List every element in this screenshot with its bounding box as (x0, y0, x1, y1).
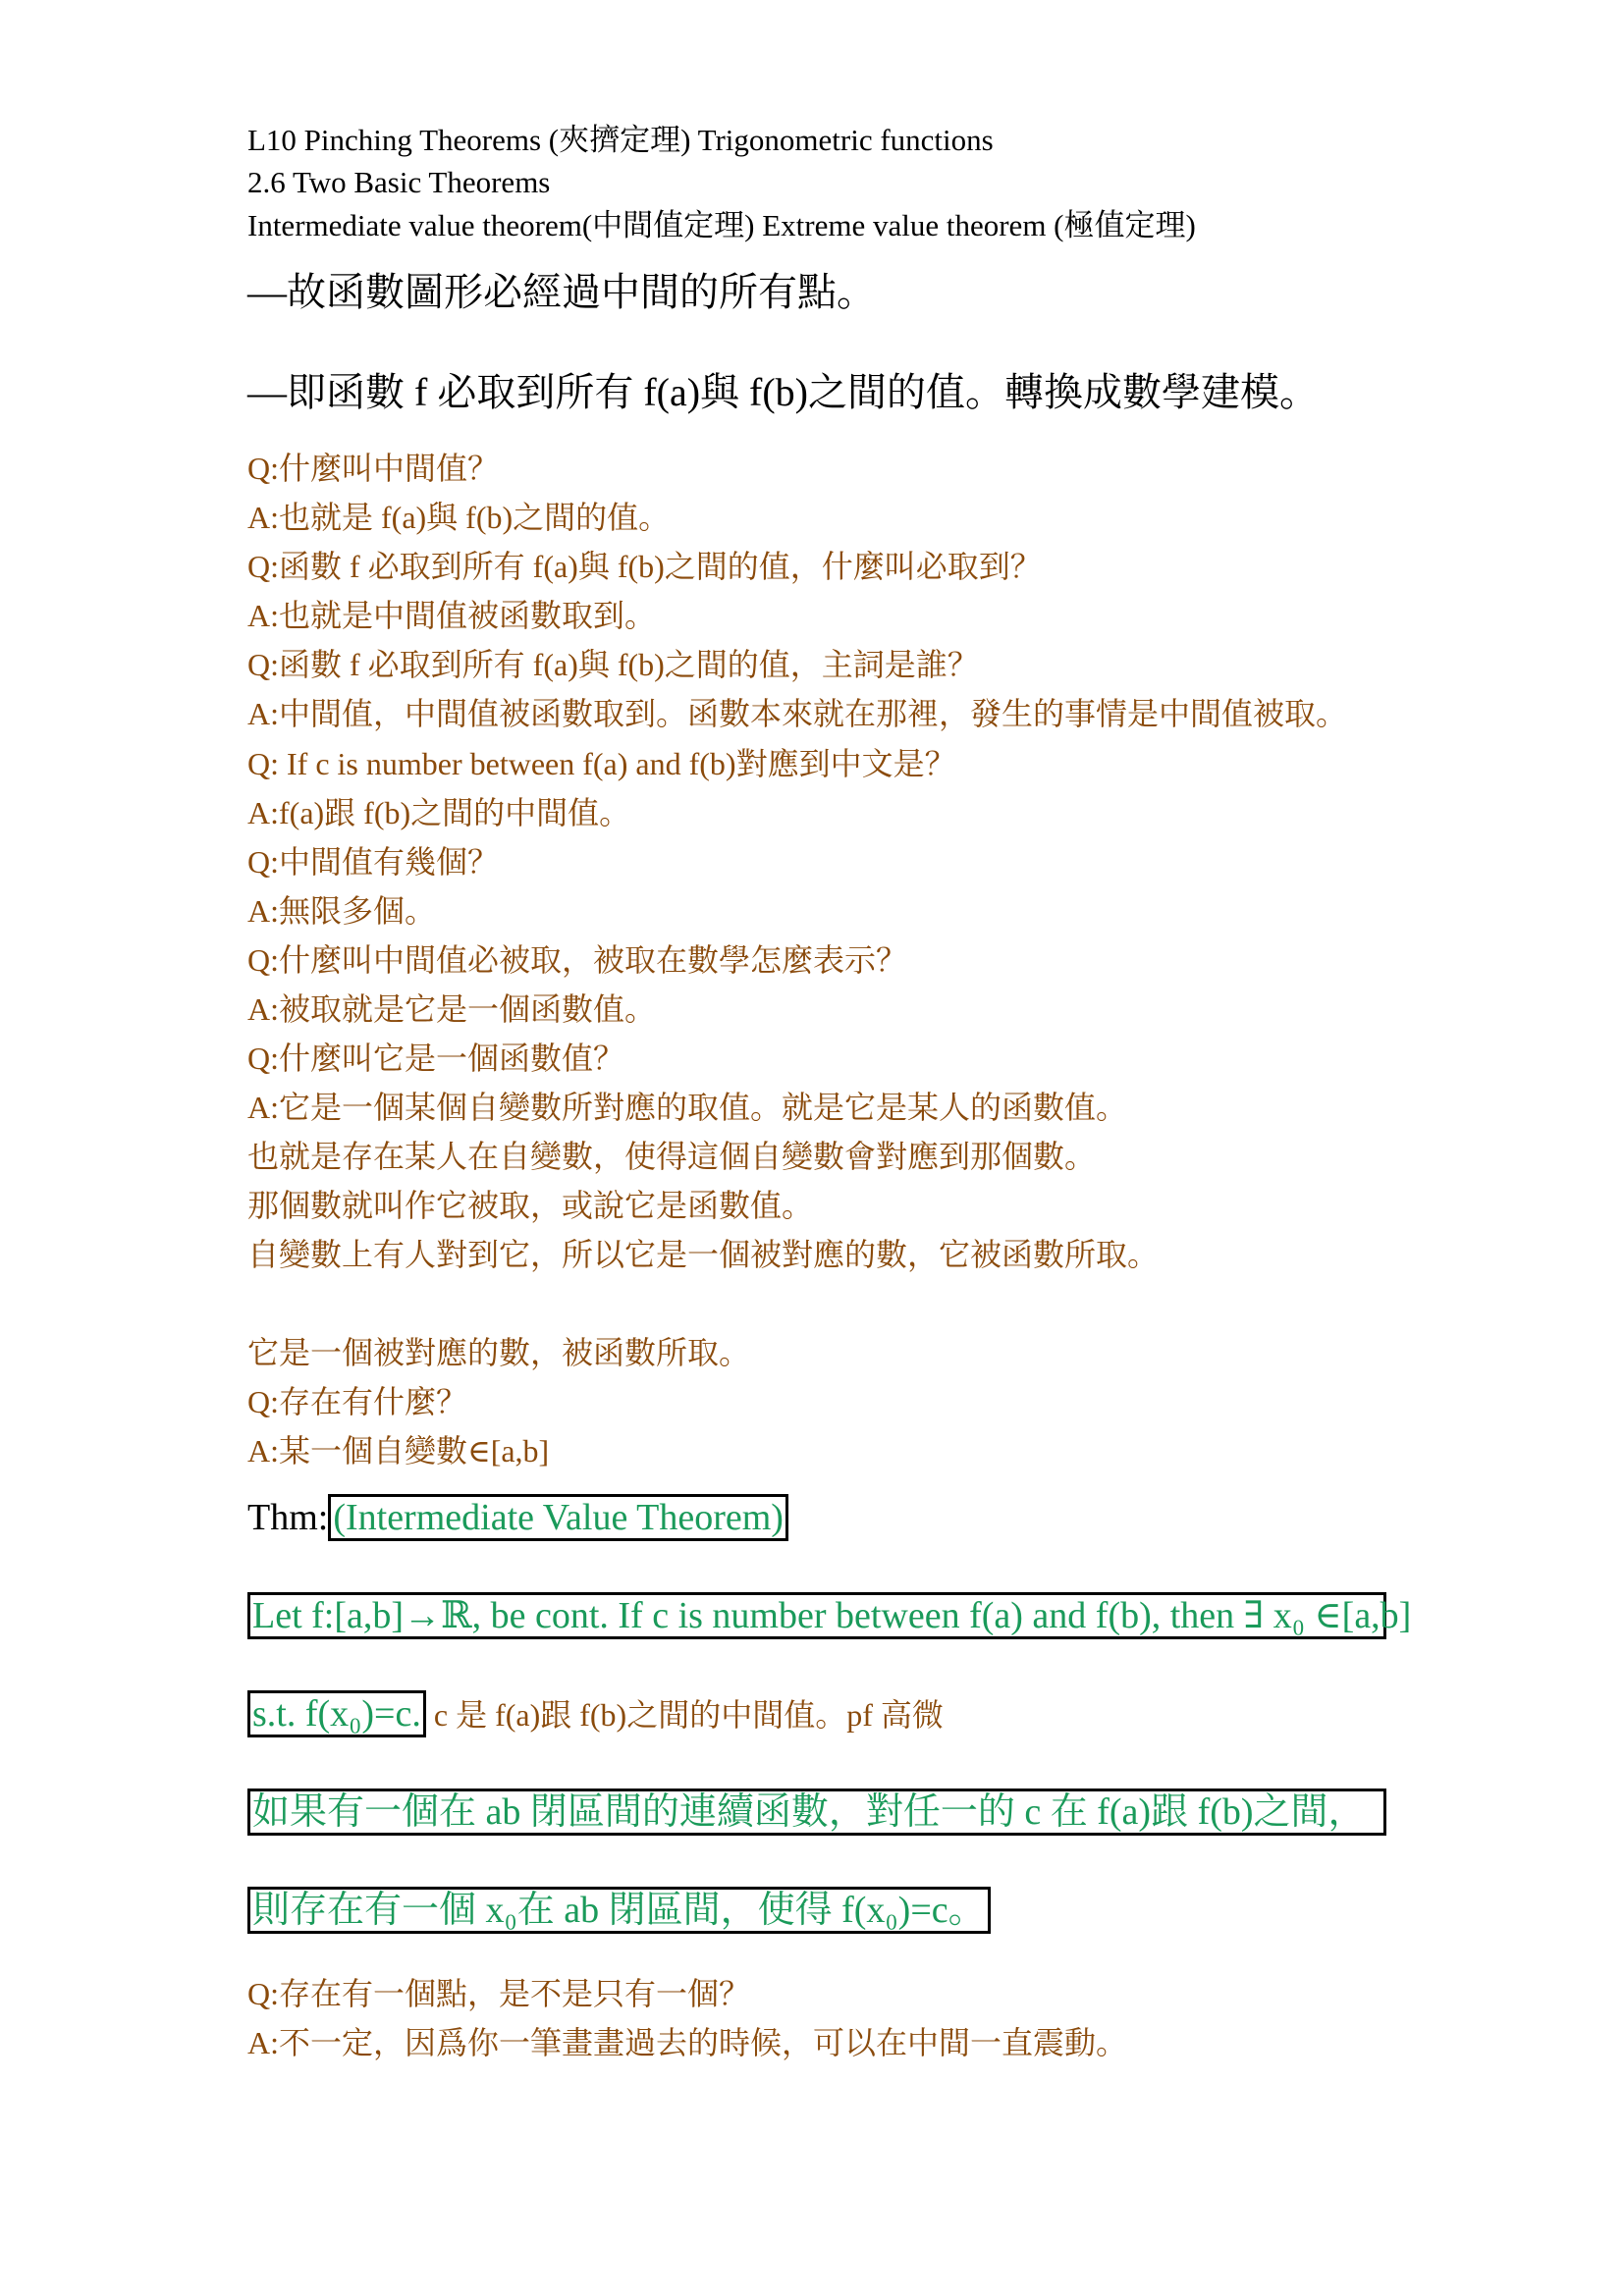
qa-line: Q:什麼叫它是一個函數值？ (247, 1042, 624, 1074)
qa-line: A:也就是中間值被函數取到。 (247, 600, 656, 631)
theorem-note: c 是 f(a)跟 f(b)之間的中間值。pf 高微 (426, 1697, 944, 1733)
qa-line: A:f(a)跟 f(b)之間的中間值。 (247, 797, 630, 828)
lecture-title: L10 Pinching Theorems (夾擠定理) Trigonometr… (247, 125, 994, 155)
theorem-names: Intermediate value theorem(中間值定理) Extrem… (247, 210, 1196, 240)
intro-line-1: —故函數圖形必經過中間的所有點。 (247, 273, 876, 312)
qa-line: A:被取就是它是一個函數值。 (247, 993, 656, 1025)
intro-line-2: —即函數 f 必取到所有 f(a)與 f(b)之間的值。轉換成數學建模。 (247, 373, 1319, 412)
qa-line: A:也就是 f(a)與 f(b)之間的值。 (247, 502, 670, 533)
qa-line: Q:什麼叫中間值？ (247, 453, 499, 484)
theorem-zh-2: 則存在有一個 x₀在 ab 閉區間，使得 f(x₀)=c。 (247, 1887, 991, 1934)
qa-line: Q:存在有一個點，是不是只有一個？ (247, 1978, 750, 2009)
qa-line: 它是一個被對應的數，被函數所取。 (247, 1337, 750, 1368)
theorem-heading: Thm:(Intermediate Value Theorem) (247, 1494, 788, 1541)
theorem-zh-2-box: 則存在有一個 x₀在 ab 閉區間，使得 f(x₀)=c。 (247, 1887, 991, 1934)
qa-line: Q:存在有什麼？ (247, 1386, 467, 1417)
qa-line: Q:函數 f 必取到所有 f(a)與 f(b)之間的值，主詞是誰？ (247, 649, 979, 680)
theorem-zh-1-box: 如果有一個在 ab 閉區間的連續函數，對任一的 c 在 f(a)跟 f(b)之間… (247, 1789, 1386, 1836)
qa-line: Q:函數 f 必取到所有 f(a)與 f(b)之間的值，什麼叫必取到？ (247, 551, 1042, 582)
theorem-statement: Let f:[a,b]→ℝ, be cont. If c is number b… (247, 1592, 1386, 1639)
qa-line: A:不一定，因爲你一筆畫畫過去的時候，可以在中間一直震動。 (247, 2027, 1127, 2058)
theorem-st-box: s.t. f(x₀)=c. (247, 1690, 426, 1737)
qa-line: Q:什麼叫中間值必被取，被取在數學怎麼表示？ (247, 944, 907, 976)
qa-line: A:它是一個某個自變數所對應的取值。就是它是某人的函數值。 (247, 1092, 1127, 1123)
qa-line: Q:中間值有幾個？ (247, 846, 499, 878)
theorem-zh-1: 如果有一個在 ab 閉區間的連續函數，對任一的 c 在 f(a)跟 f(b)之間… (247, 1789, 1386, 1836)
section-title: 2.6 Two Basic Theorems (247, 167, 550, 197)
theorem-conclusion: s.t. f(x₀)=c. c 是 f(a)跟 f(b)之間的中間值。pf 高微 (247, 1690, 944, 1737)
qa-line: 也就是存在某人在自變數，使得這個自變數會對應到那個數。 (247, 1141, 1096, 1172)
qa-line: 那個數就叫作它被取，或說它是函數值。 (247, 1190, 813, 1221)
theorem-title-box: (Intermediate Value Theorem) (328, 1494, 788, 1541)
theorem-prefix: Thm: (247, 1497, 328, 1538)
qa-line: 自變數上有人對到它，所以它是一個被對應的數，它被函數所取。 (247, 1239, 1159, 1270)
qa-line: A:無限多個。 (247, 895, 436, 927)
qa-line: Q: If c is number between f(a) and f(b)對… (247, 748, 956, 779)
qa-line: A:某一個自變數∈[a,b] (247, 1435, 549, 1467)
qa-line: A:中間值，中間值被函數取到。函數本來就在那裡，發生的事情是中間值被取。 (247, 698, 1347, 729)
theorem-statement-box: Let f:[a,b]→ℝ, be cont. If c is number b… (247, 1592, 1386, 1639)
